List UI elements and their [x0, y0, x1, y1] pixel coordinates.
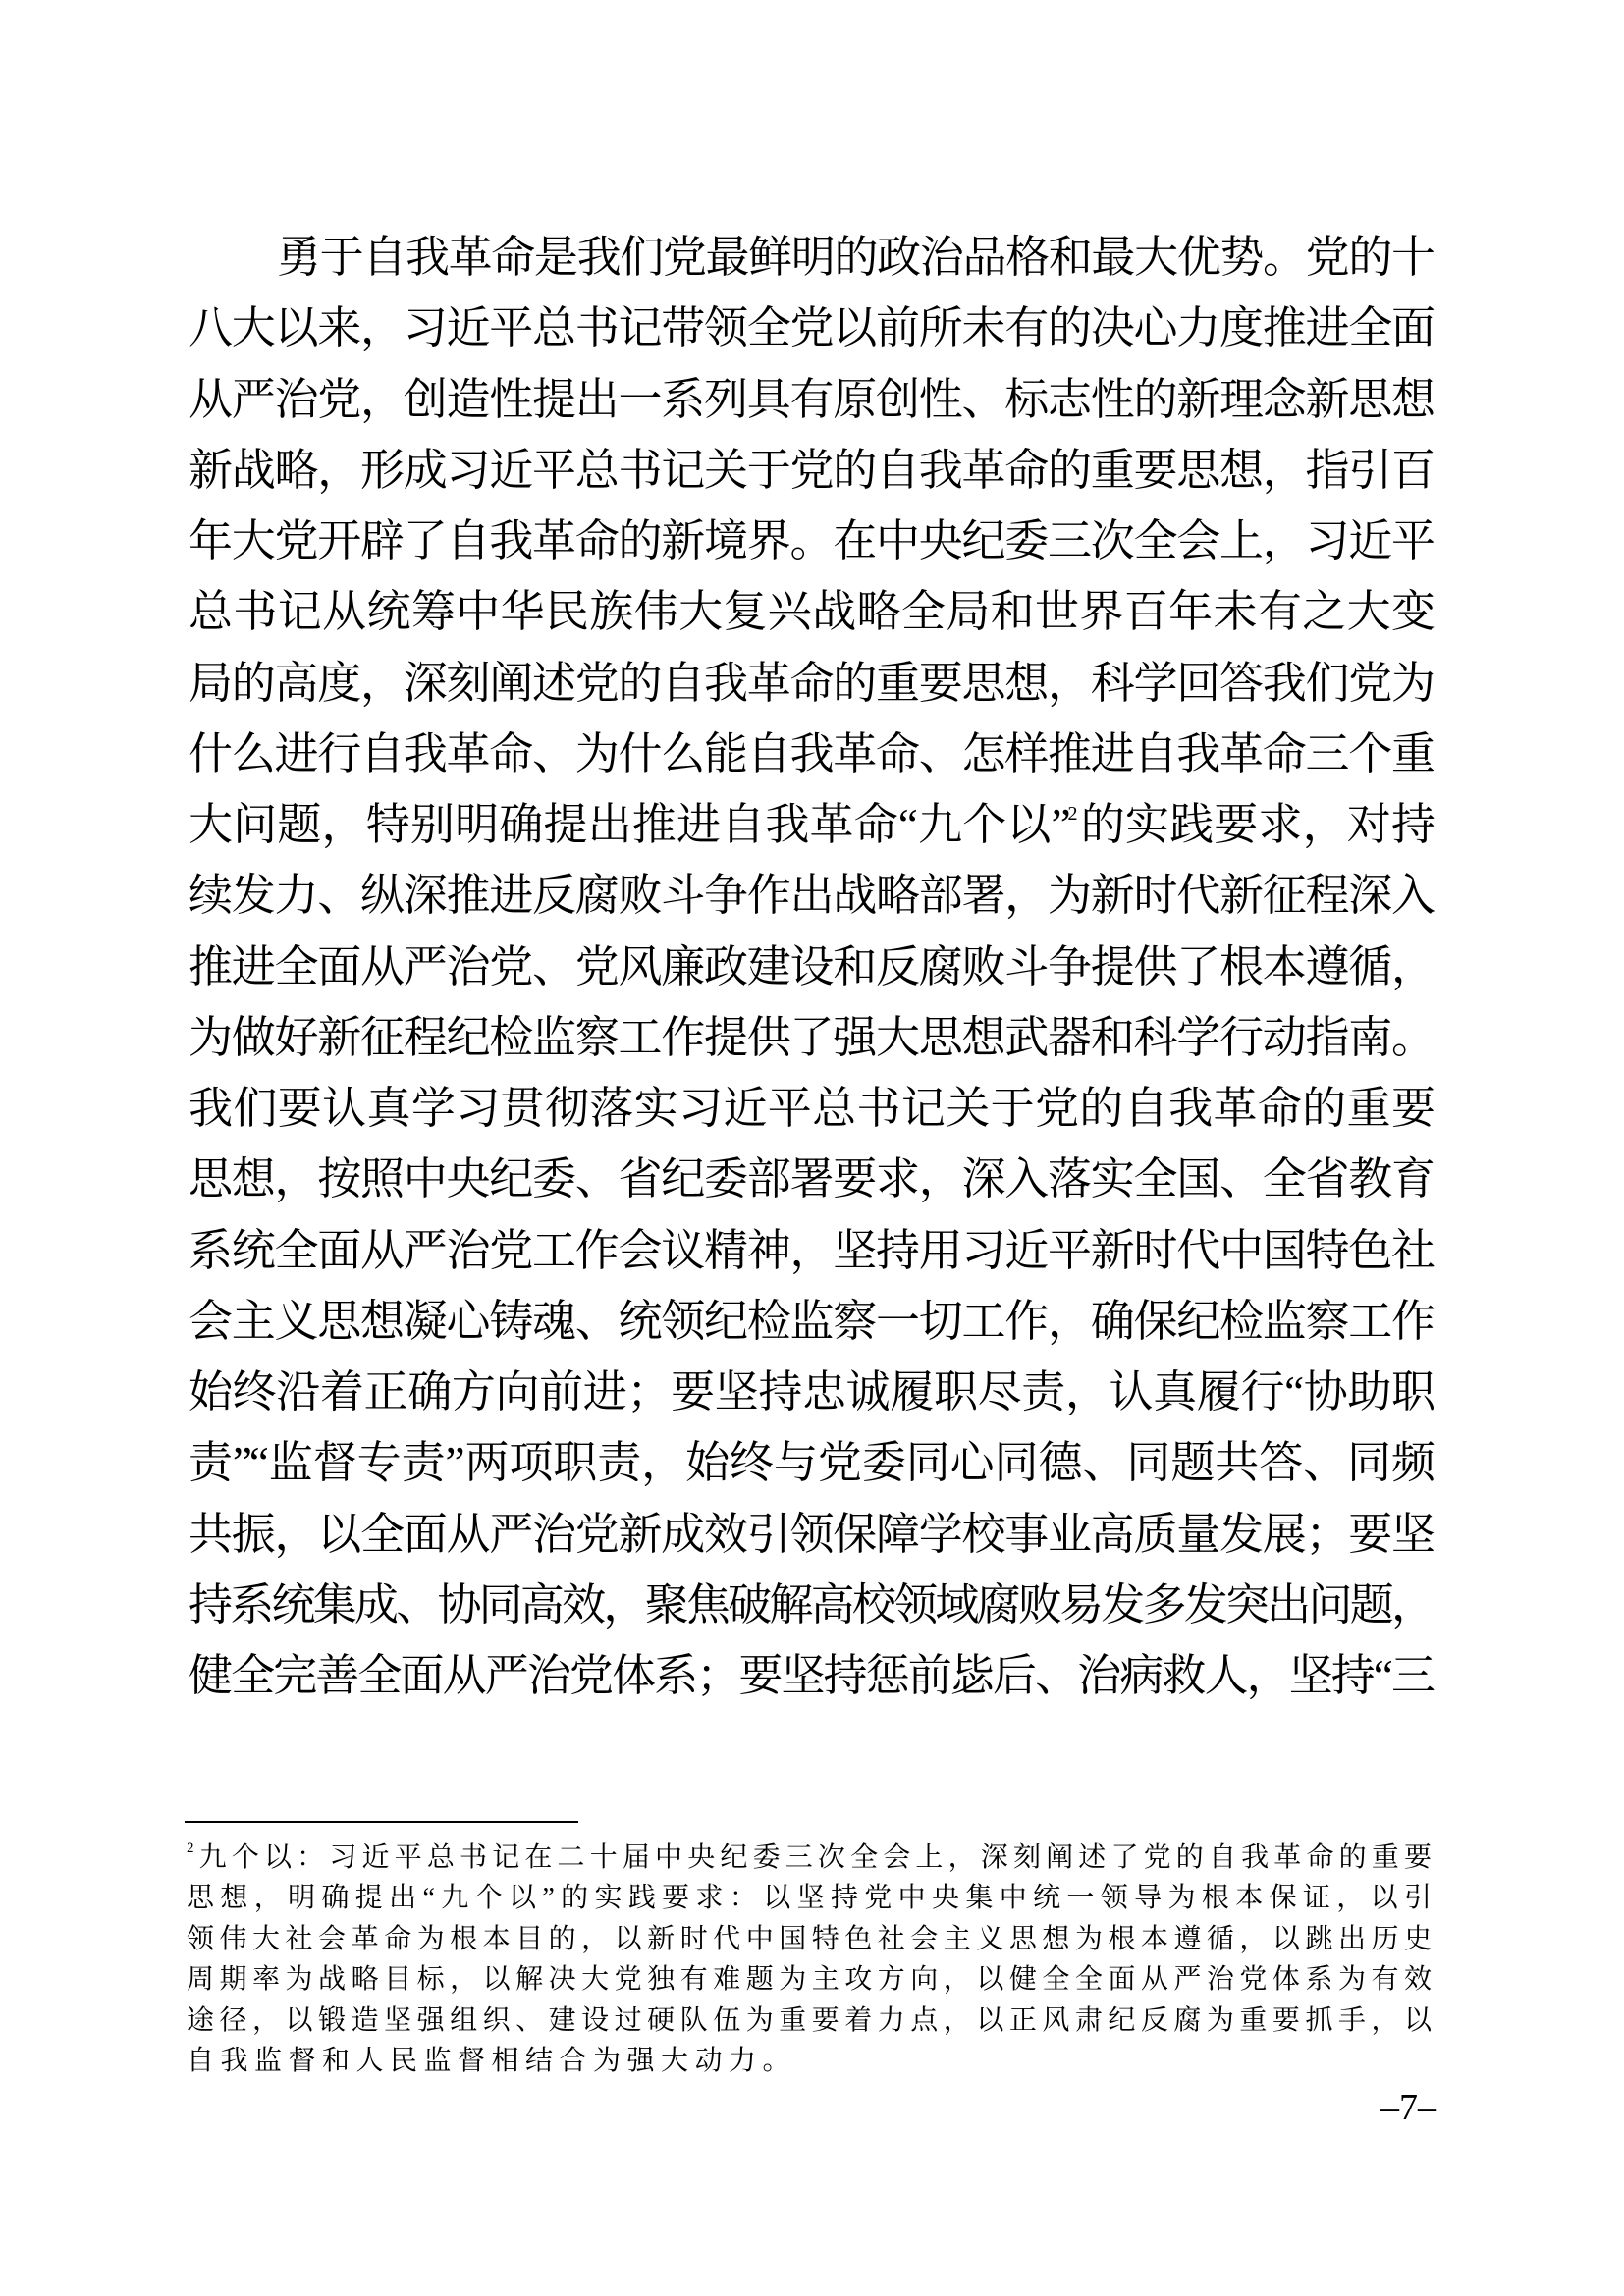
text-segment: 大问题，特别明确提出推进自我革命“九个以”: [189, 800, 1068, 849]
footnote-text: 九个以：习近平总书记在二十届中央纪委三次全会上，深刻阐述了党的自我革命的重要: [194, 1842, 1433, 1873]
footnote-reference: 2: [1068, 803, 1078, 825]
text-line: 什么进行自我革命、为什么能自我革命、怎样推进自我革命三个重: [189, 719, 1433, 789]
text-line: 推进全面从严治党、党风廉政建设和反腐败斗争提供了根本遵循，: [189, 932, 1433, 1002]
text-line: 持系统集成、协同高效，聚焦破解高校领域腐败易发多发突出问题，: [189, 1570, 1433, 1640]
text-line: 始终沿着正确方向前进；要坚持忠诚履职尽责，认真履行“协助职: [189, 1357, 1433, 1427]
text-line: 为做好新征程纪检监察工作提供了强大思想武器和科学行动指南。: [189, 1002, 1433, 1073]
text-line: 局的高度，深刻阐述党的自我革命的重要思想，科学回答我们党为: [189, 648, 1433, 719]
text-line: 续发力、纵深推进反腐败斗争作出战略部署，为新时代新征程深入: [189, 860, 1433, 931]
footnote-line: 思想，明确提出“九个以”的实践要求：以坚持党中央集中统一领导为根本保证，以引: [187, 1878, 1432, 1918]
text-line: 新战略，形成习近平总书记关于党的自我革命的重要思想，指引百: [189, 435, 1433, 506]
footnote-line: 自我监督和人民监督相结合为强大动力。: [187, 2041, 1432, 2081]
text-line: 总书记从统筹中华民族伟大复兴战略全局和世界百年未有之大变: [189, 576, 1433, 647]
text-line: 大问题，特别明确提出推进自我革命“九个以”2的实践要求，对持: [189, 789, 1433, 860]
footnote-line: 领伟大社会革命为根本目的，以新时代中国特色社会主义思想为根本遵循，以跳出历史: [187, 1919, 1432, 1959]
text-line: 责”“监督专责”两项职责，始终与党委同心同德、同题共答、同频: [189, 1427, 1433, 1498]
text-line: 勇于自我革命是我们党最鲜明的政治品格和最大优势。党的十: [189, 222, 1433, 293]
footnote-line: 周期率为战略目标，以解决大党独有难题为主攻方向，以健全全面从严治党体系为有效: [187, 1959, 1432, 2000]
text-line: 会主义思想凝心铸魂、统领纪检监察一切工作，确保纪检监察工作: [189, 1286, 1433, 1357]
page-number: –7–: [1380, 2089, 1436, 2126]
footnote-separator: [185, 1821, 578, 1823]
footnote-line: 途径，以锻造坚强组织、建设过硬队伍为重要着力点，以正风肃纪反腐为重要抓手，以: [187, 2001, 1432, 2041]
text-line: 我们要认真学习贯彻落实习近平总书记关于党的自我革命的重要: [189, 1073, 1433, 1144]
body-paragraph: 勇于自我革命是我们党最鲜明的政治品格和最大优势。党的十 八大以来，习近平总书记带…: [189, 222, 1433, 1711]
text-segment: 的实践要求，对持: [1078, 800, 1433, 849]
text-line: 健全完善全面从严治党体系；要坚持惩前毖后、治病救人，坚持“三: [189, 1640, 1433, 1711]
footnote-marker: 2: [187, 1841, 194, 1856]
text-line: 从严治党，创造性提出一系列具有原创性、标志性的新理念新思想: [189, 364, 1433, 435]
document-page: 勇于自我革命是我们党最鲜明的政治品格和最大优势。党的十 八大以来，习近平总书记带…: [0, 0, 1624, 2296]
text-line: 八大以来，习近平总书记带领全党以前所未有的决心力度推进全面: [189, 293, 1433, 363]
text-line: 年大党开辟了自我革命的新境界。在中央纪委三次全会上，习近平: [189, 506, 1433, 576]
footnote: 2九个以：习近平总书记在二十届中央纪委三次全会上，深刻阐述了党的自我革命的重要 …: [187, 1838, 1432, 2081]
text-line: 共振，以全面从严治党新成效引领保障学校事业高质量发展；要坚: [189, 1499, 1433, 1570]
text-line: 系统全面从严治党工作会议精神，坚持用习近平新时代中国特色社: [189, 1215, 1433, 1286]
text-line: 思想，按照中央纪委、省纪委部署要求，深入落实全国、全省教育: [189, 1144, 1433, 1214]
footnote-line: 2九个以：习近平总书记在二十届中央纪委三次全会上，深刻阐述了党的自我革命的重要: [187, 1838, 1432, 1878]
